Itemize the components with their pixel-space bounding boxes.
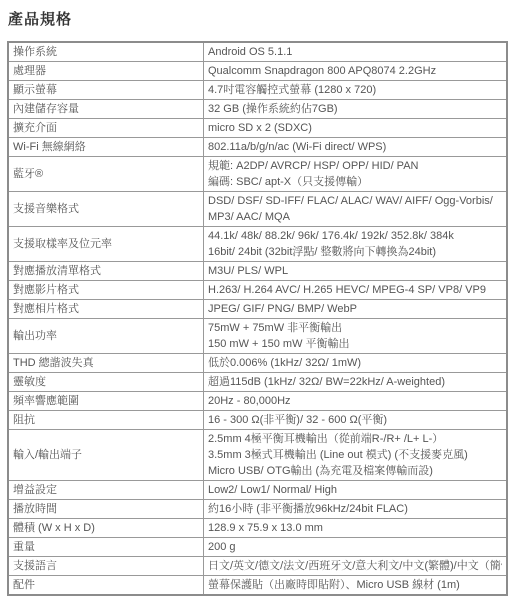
spec-value: 200 g [204,538,508,557]
spec-value: 2.5mm 4極平衡耳機輸出（從前端R-/R+ /L+ L-）3.5mm 3極式… [204,430,508,481]
spec-value-line: MP3/ AAC/ MQA [208,209,502,225]
spec-label: 頻率響應範圍 [8,392,204,411]
spec-label: Wi-Fi 無線網絡 [8,138,204,157]
spec-value: JPEG/ GIF/ PNG/ BMP/ WebP [204,300,508,319]
spec-label: 操作系統 [8,42,204,62]
product-spec-page: 產品規格 操作系統Android OS 5.1.1處理器Qualcomm Sna… [0,8,514,596]
spec-value: H.263/ H.264 AVC/ H.265 HEVC/ MPEG-4 SP/… [204,281,508,300]
spec-value: Qualcomm Snapdragon 800 APQ8074 2.2GHz [204,62,508,81]
spec-value-line: 編碼: SBC/ apt-X（只支援傳輸） [208,174,502,190]
spec-row: Wi-Fi 無線網絡802.11a/b/g/n/ac (Wi-Fi direct… [8,138,507,157]
spec-value: Android OS 5.1.1 [204,42,508,62]
spec-value: 日文/英文/德文/法文/西班牙文/意大利文/中文(繁體)/中文（簡體） [204,557,508,576]
spec-label: 支援音樂格式 [8,192,204,227]
spec-row: 內建儲存容量32 GB (操作系統約佔7GB) [8,100,507,119]
spec-value-line: 16 - 300 Ω(非平衡)/ 32 - 600 Ω(平衡) [208,412,502,428]
spec-value: 4.7吋電容觸控式螢幕 (1280 x 720) [204,81,508,100]
spec-value-line: 2.5mm 4極平衡耳機輸出（從前端R-/R+ /L+ L-） [208,431,502,447]
spec-label: THD 總諧波失真 [8,354,204,373]
spec-value: 低於0.006% (1kHz/ 32Ω/ 1mW) [204,354,508,373]
spec-value-line: Android OS 5.1.1 [208,44,502,60]
spec-value-line: 75mW + 75mW 非平衡輸出 [208,320,502,336]
page-title: 產品規格 [8,8,514,29]
spec-label: 內建儲存容量 [8,100,204,119]
spec-value: 16 - 300 Ω(非平衡)/ 32 - 600 Ω(平衡) [204,411,508,430]
spec-row: 藍牙®規範: A2DP/ AVRCP/ HSP/ OPP/ HID/ PAN編碼… [8,157,507,192]
spec-value-line: 44.1k/ 48k/ 88.2k/ 96k/ 176.4k/ 192k/ 35… [208,228,502,244]
spec-value: Low2/ Low1/ Normal/ High [204,481,508,500]
spec-value-line: Qualcomm Snapdragon 800 APQ8074 2.2GHz [208,63,502,79]
spec-label: 顯示螢幕 [8,81,204,100]
spec-value-line: micro SD x 2 (SDXC) [208,120,502,136]
spec-row: 增益設定Low2/ Low1/ Normal/ High [8,481,507,500]
spec-row: 阻抗16 - 300 Ω(非平衡)/ 32 - 600 Ω(平衡) [8,411,507,430]
spec-row: 顯示螢幕4.7吋電容觸控式螢幕 (1280 x 720) [8,81,507,100]
spec-row: 對應播放清單格式M3U/ PLS/ WPL [8,262,507,281]
spec-value: 20Hz - 80,000Hz [204,392,508,411]
spec-label: 重量 [8,538,204,557]
spec-label: 體積 (W x H x D) [8,519,204,538]
spec-value-line: 802.11a/b/g/n/ac (Wi-Fi direct/ WPS) [208,139,502,155]
spec-row: 處理器Qualcomm Snapdragon 800 APQ8074 2.2GH… [8,62,507,81]
spec-value: 約16小時 (非平衡播放96kHz/24bit FLAC) [204,500,508,519]
spec-label: 對應播放清單格式 [8,262,204,281]
spec-value-line: 規範: A2DP/ AVRCP/ HSP/ OPP/ HID/ PAN [208,158,502,174]
spec-value-line: M3U/ PLS/ WPL [208,263,502,279]
spec-value-line: 20Hz - 80,000Hz [208,393,502,409]
spec-value: 32 GB (操作系統約佔7GB) [204,100,508,119]
spec-value: 螢幕保護貼（出廠時即貼附）、Micro USB 線材 (1m) [204,576,508,596]
spec-value: 超過115dB (1kHz/ 32Ω/ BW=22kHz/ A-weighted… [204,373,508,392]
spec-label: 輸出功率 [8,319,204,354]
spec-value-line: 4.7吋電容觸控式螢幕 (1280 x 720) [208,82,502,98]
spec-label: 藍牙® [8,157,204,192]
spec-value: 規範: A2DP/ AVRCP/ HSP/ OPP/ HID/ PAN編碼: S… [204,157,508,192]
spec-row: 支援語言日文/英文/德文/法文/西班牙文/意大利文/中文(繁體)/中文（簡體） [8,557,507,576]
spec-value-line: 低於0.006% (1kHz/ 32Ω/ 1mW) [208,355,502,371]
spec-value-line: 200 g [208,539,502,555]
spec-value-line: 3.5mm 3極式耳機輸出 (Line out 模式) (不支援麥克風) [208,447,502,463]
spec-row: 對應影片格式H.263/ H.264 AVC/ H.265 HEVC/ MPEG… [8,281,507,300]
spec-value-line: 128.9 x 75.9 x 13.0 mm [208,520,502,536]
spec-row: 重量200 g [8,538,507,557]
spec-value-line: H.263/ H.264 AVC/ H.265 HEVC/ MPEG-4 SP/… [208,282,502,298]
spec-label: 靈敏度 [8,373,204,392]
spec-value: 44.1k/ 48k/ 88.2k/ 96k/ 176.4k/ 192k/ 35… [204,227,508,262]
spec-label: 配件 [8,576,204,596]
spec-label: 輸入/輸出端子 [8,430,204,481]
spec-row: 支援音樂格式DSD/ DSF/ SD-IFF/ FLAC/ ALAC/ WAV/… [8,192,507,227]
spec-label: 阻抗 [8,411,204,430]
spec-table-body: 操作系統Android OS 5.1.1處理器Qualcomm Snapdrag… [8,42,507,595]
spec-label: 對應相片格式 [8,300,204,319]
spec-value-line: 約16小時 (非平衡播放96kHz/24bit FLAC) [208,501,502,517]
spec-value-line: 超過115dB (1kHz/ 32Ω/ BW=22kHz/ A-weighted… [208,374,502,390]
spec-label: 處理器 [8,62,204,81]
spec-value-line: DSD/ DSF/ SD-IFF/ FLAC/ ALAC/ WAV/ AIFF/… [208,193,502,209]
spec-row: 播放時間約16小時 (非平衡播放96kHz/24bit FLAC) [8,500,507,519]
spec-row: 配件螢幕保護貼（出廠時即貼附）、Micro USB 線材 (1m) [8,576,507,596]
spec-row: 體積 (W x H x D)128.9 x 75.9 x 13.0 mm [8,519,507,538]
spec-value-line: 150 mW + 150 mW 平衡輸出 [208,336,502,352]
spec-value-line: 32 GB (操作系統約佔7GB) [208,101,502,117]
spec-label: 增益設定 [8,481,204,500]
spec-row: 頻率響應範圍20Hz - 80,000Hz [8,392,507,411]
spec-value: 128.9 x 75.9 x 13.0 mm [204,519,508,538]
spec-value-line: 螢幕保護貼（出廠時即貼附）、Micro USB 線材 (1m) [208,577,502,593]
spec-value-line: 日文/英文/德文/法文/西班牙文/意大利文/中文(繁體)/中文（簡體） [208,558,502,574]
spec-value: DSD/ DSF/ SD-IFF/ FLAC/ ALAC/ WAV/ AIFF/… [204,192,508,227]
spec-value-line: 16bit/ 24bit (32bit浮點/ 整數將向下轉換為24bit) [208,244,502,260]
spec-label: 對應影片格式 [8,281,204,300]
spec-label: 支援取樣率及位元率 [8,227,204,262]
spec-label: 擴充介面 [8,119,204,138]
spec-label: 播放時間 [8,500,204,519]
spec-value: micro SD x 2 (SDXC) [204,119,508,138]
spec-row: 輸出功率75mW + 75mW 非平衡輸出150 mW + 150 mW 平衡輸… [8,319,507,354]
spec-row: 靈敏度超過115dB (1kHz/ 32Ω/ BW=22kHz/ A-weigh… [8,373,507,392]
spec-row: 支援取樣率及位元率44.1k/ 48k/ 88.2k/ 96k/ 176.4k/… [8,227,507,262]
spec-row: 擴充介面micro SD x 2 (SDXC) [8,119,507,138]
spec-row: THD 總諧波失真低於0.006% (1kHz/ 32Ω/ 1mW) [8,354,507,373]
spec-value-line: Micro USB/ OTG輸出 (為充電及檔案傳輸而設) [208,463,502,479]
spec-value: M3U/ PLS/ WPL [204,262,508,281]
spec-value-line: Low2/ Low1/ Normal/ High [208,482,502,498]
spec-row: 輸入/輸出端子2.5mm 4極平衡耳機輸出（從前端R-/R+ /L+ L-）3.… [8,430,507,481]
spec-row: 對應相片格式JPEG/ GIF/ PNG/ BMP/ WebP [8,300,507,319]
spec-label: 支援語言 [8,557,204,576]
spec-row: 操作系統Android OS 5.1.1 [8,42,507,62]
spec-table: 操作系統Android OS 5.1.1處理器Qualcomm Snapdrag… [7,41,508,596]
spec-value: 802.11a/b/g/n/ac (Wi-Fi direct/ WPS) [204,138,508,157]
spec-value: 75mW + 75mW 非平衡輸出150 mW + 150 mW 平衡輸出 [204,319,508,354]
spec-value-line: JPEG/ GIF/ PNG/ BMP/ WebP [208,301,502,317]
